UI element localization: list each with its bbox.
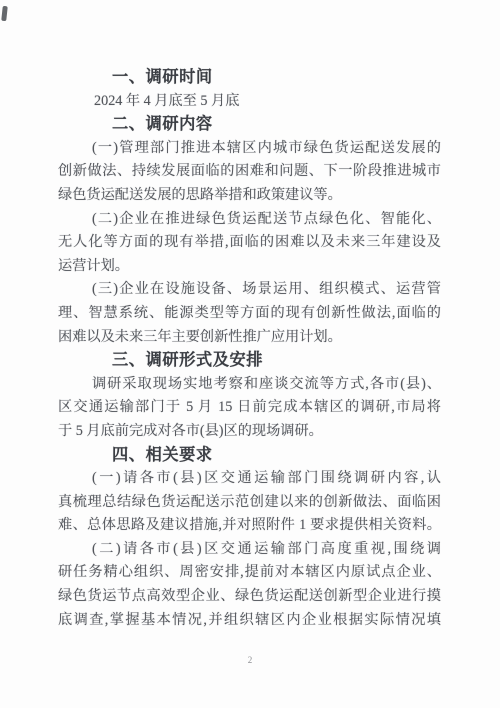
document-text-block: 一、调研时间 2024 年 4 月底至 5 月底 二、调研内容 (一)管理部门推…: [58, 66, 441, 632]
document-line: (二)请各市(县)区交通运输部门高度重视,围绕调: [58, 538, 441, 562]
document-line: 绿色货运节点高效型企业、绿色货运配送创新型企业进行摸: [58, 585, 441, 609]
document-line: 理、智慧系统、能源类型等方面的现有创新性做法,面临的: [58, 302, 441, 326]
document-line: 绿色货运配送发展的思路举措和政策建议等。: [58, 184, 441, 208]
document-line: 区交通运输部门于 5 月 15 日前完成本辖区的调研,市局将: [58, 396, 441, 420]
document-line: 无人化等方面的现有举措,面临的困难以及未来三年建设及: [58, 231, 441, 255]
section-heading: 一、调研时间: [58, 66, 441, 90]
document-page: 一、调研时间 2024 年 4 月底至 5 月底 二、调研内容 (一)管理部门推…: [0, 0, 500, 708]
document-line: (一)请各市(县)区交通运输部门围绕调研内容,认: [58, 467, 441, 491]
document-line: 底调查,掌握基本情况,并组织辖区内企业根据实际情况填: [58, 609, 441, 633]
document-line: 调研采取现场实地考察和座谈交流等方式,各市(县)、: [58, 373, 441, 397]
document-line: 研任务精心组织、周密安排,提前对本辖区内原试点企业、: [58, 561, 441, 585]
document-line: 困难以及未来三年主要创新性推广应用计划。: [58, 326, 441, 350]
document-line: 创新做法、持续发展面临的困难和问题、下一阶段推进城市: [58, 160, 441, 184]
document-line: 真梳理总结绿色货运配送示范创建以来的创新做法、面临困: [58, 491, 441, 515]
document-line: 运营计划。: [58, 255, 441, 279]
document-line: (二)企业在推进绿色货运配送节点绿色化、智能化、: [58, 208, 441, 232]
section-heading: 三、调研形式及安排: [58, 349, 441, 373]
document-line: 难、总体思路及建议措施,并对照附件 1 要求提供相关资料。: [58, 514, 441, 538]
page-number: 2: [0, 655, 500, 665]
document-line: (三)企业在设施设备、场景运用、组织模式、运营管: [58, 278, 441, 302]
section-heading: 二、调研内容: [58, 113, 441, 137]
section-heading: 四、相关要求: [58, 444, 441, 468]
document-line: 于 5 月底前完成对各市(县)区的现场调研。: [58, 420, 441, 444]
date-line: 2024 年 4 月底至 5 月底: [58, 90, 441, 114]
document-line: (一)管理部门推进本辖区内城市绿色货运配送发展的: [58, 137, 441, 161]
scan-smudge-artifact: [1, 6, 8, 21]
